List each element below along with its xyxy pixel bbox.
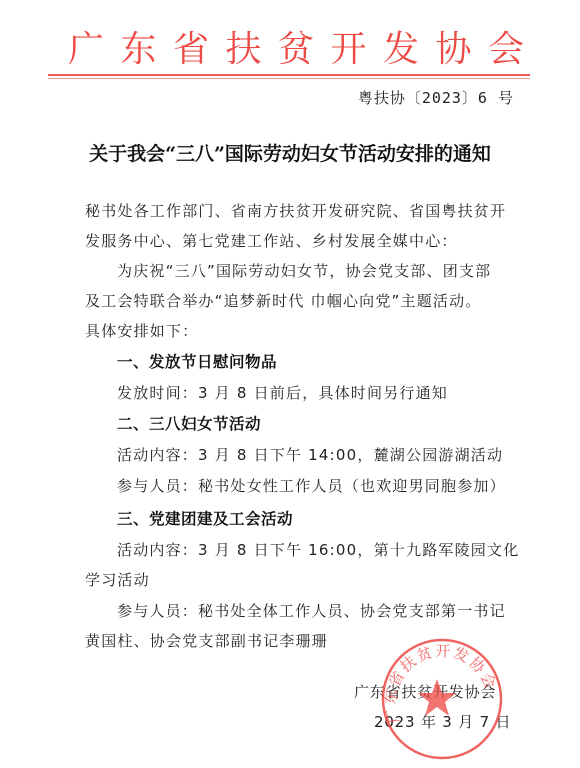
letterhead-char: 广: [66, 28, 106, 72]
divider-thin-line: [48, 78, 530, 79]
letterhead-char: 省: [171, 28, 211, 72]
section-3-activity-content-cont: 学习活动: [85, 569, 150, 591]
letterhead-title: 广 东 省 扶 贫 开 发 协 会: [66, 28, 526, 72]
section-2-activity-content: 活动内容：3 月 8 日下午 14:00，麓湖公园游湖活动: [117, 444, 503, 466]
letterhead-char: 会: [486, 28, 526, 72]
document-title: 关于我会“三八”国际劳动妇女节活动安排的通知: [0, 140, 580, 168]
intro-line: 为庆祝“三八”国际劳动妇女节，协会党支部、团支部: [117, 260, 491, 282]
letterhead-char: 协: [434, 28, 474, 72]
letterhead-divider: [48, 74, 480, 80]
document-number: 粤扶协〔2023〕6 号: [358, 87, 514, 109]
intro-line: 及工会特联合举办“追梦新时代 巾帼心向党”主题活动。: [85, 290, 482, 312]
letterhead-char: 开: [329, 28, 369, 72]
signature-date: 2023 年 3 月 7 日: [374, 711, 511, 733]
section-heading-1: 一、发放节日慰问物品: [117, 351, 277, 373]
letterhead-char: 发: [381, 28, 421, 72]
section-2-participants: 参与人员：秘书处女性工作人员（也欢迎男同胞参加）: [117, 475, 506, 497]
letterhead-char: 东: [119, 28, 159, 72]
section-3-participants-cont: 黄国柱、协会党支部副书记李珊珊: [85, 630, 328, 652]
document-page: 广 东 省 扶 贫 开 发 协 会 粤扶协〔2023〕6 号 关于我会“三八”国…: [0, 0, 580, 768]
addressee-line: 秘书处各工作部门、省南方扶贫开发研究院、省国粤扶贫开: [85, 200, 506, 222]
divider-thick-line: [48, 74, 530, 76]
section-heading-3: 三、党建团建及工会活动: [117, 508, 293, 530]
letterhead-char: 贫: [276, 28, 316, 72]
addressee-line: 发服务中心、第七党建工作站、乡村发展全媒中心：: [85, 230, 458, 252]
intro-line: 具体安排如下：: [85, 320, 198, 342]
section-3-activity-content: 活动内容：3 月 8 日下午 16:00，第十九路军陵园文化: [117, 539, 519, 561]
section-3-participants: 参与人员：秘书处全体工作人员、协会党支部第一书记: [117, 600, 506, 622]
section-1-distribution-time: 发放时间：3 月 8 日前后，具体时间另行通知: [117, 382, 448, 404]
letterhead-char: 扶: [224, 28, 264, 72]
signature-organization: 广东省扶贫开发协会: [354, 681, 496, 703]
section-heading-2: 二、三八妇女节活动: [117, 413, 261, 435]
